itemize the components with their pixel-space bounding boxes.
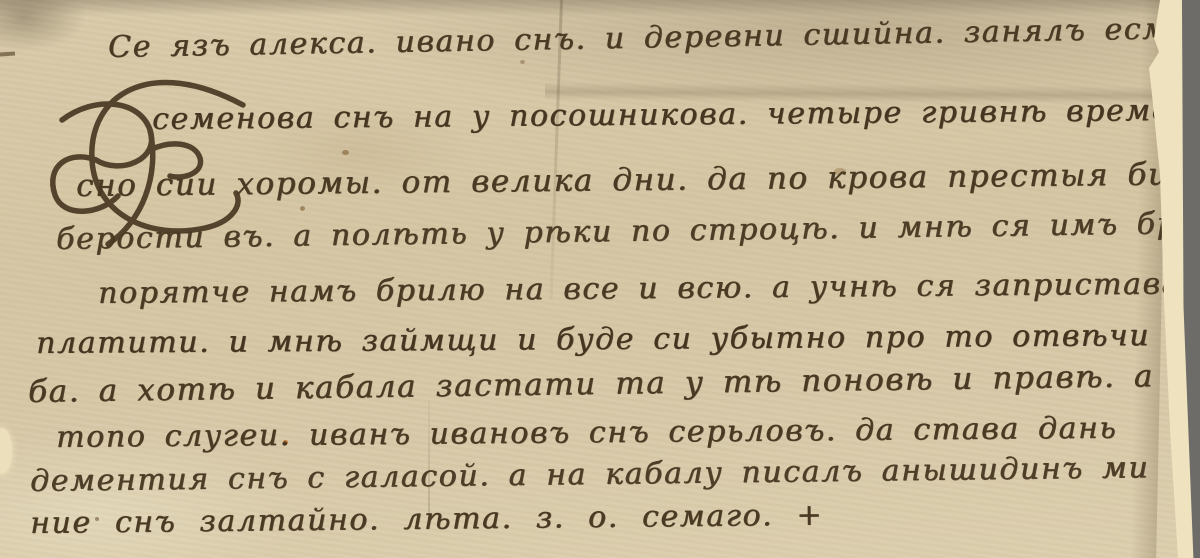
manuscript-line-2: семенова снъ на у посошникова. четыре гр… <box>152 92 1200 137</box>
left-margin-mark <box>0 51 15 56</box>
ink-stain <box>300 206 305 211</box>
left-edge-tear <box>0 428 12 474</box>
ink-stain <box>520 60 525 64</box>
manuscript-line-9: дементия снъ с галасой. а на кабалу писа… <box>30 450 1150 499</box>
manuscript-line-6: платити. и мнѣ займщи и буде си убытно п… <box>36 317 1200 361</box>
manuscript-paper: Се язъ алекса. ивано снъ. и деревни сший… <box>0 0 1200 558</box>
scanner-background <box>1178 0 1200 558</box>
manuscript-line-10: ние снъ залтайно. лѣта. з. о. семаго. + <box>30 498 823 541</box>
scanned-manuscript: Се язъ алекса. ивано снъ. и деревни сший… <box>0 0 1200 558</box>
ink-stain <box>342 150 349 155</box>
manuscript-line-5: порятче намъ брилю на все и всю. а учнѣ … <box>98 266 1200 311</box>
manuscript-line-1: Се язъ алекса. ивано снъ. и деревни сший… <box>108 8 1200 65</box>
manuscript-line-7: ба. а хотѣ и кабала застати та у тѣ поно… <box>28 357 1200 410</box>
manuscript-line-3: сно сии хоромы. от велика дни. да по кро… <box>76 156 1192 204</box>
manuscript-line-8: топо слугеи. иванъ ивановъ снъ серьловъ.… <box>56 411 1117 455</box>
manuscript-line-4: берости въ. а полѣть у рѣки по строцѣ. и… <box>56 205 1200 257</box>
